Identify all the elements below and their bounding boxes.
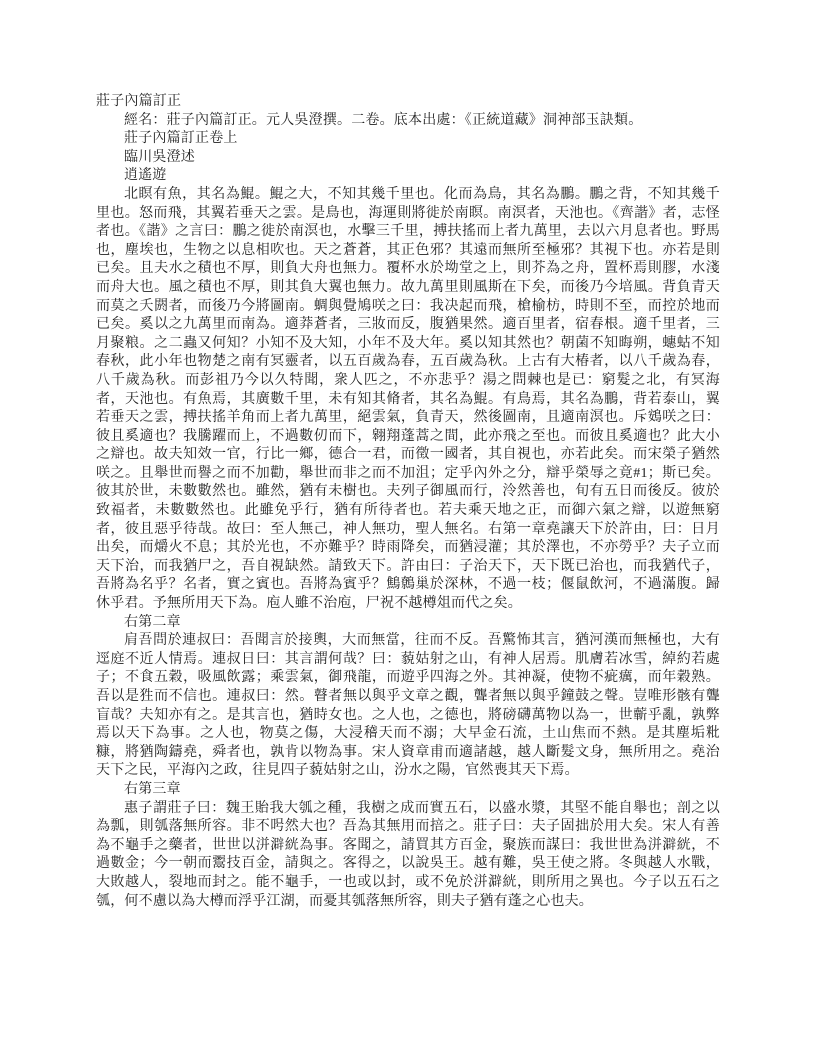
paragraph-chapter-title: 逍遙遊 [96, 167, 720, 186]
paragraph-chapter2-marker: 右第二章 [96, 614, 720, 633]
text-body: 莊子內篇訂正 經名：莊子內篇訂正。元人吳澄撰。二卷。底本出處：《正統道藏》洞神部… [96, 93, 720, 911]
paragraph-section-2: 肩吾問於連叔曰：吾聞言於接輿，大而無當，往而不反。吾驚怖其言，猶河漢而無極也，大… [96, 632, 720, 781]
paragraph-section-3: 惠子謂莊子曰：魏王貽我大瓠之種，我樹之成而實五石，以盛水漿，其堅不能自舉也；剖之… [96, 800, 720, 912]
doc-title: 莊子內篇訂正 [96, 93, 720, 112]
paragraph-chapter3-marker: 右第三章 [96, 781, 720, 800]
paragraph-volume-heading: 莊子內篇訂正卷上 [96, 130, 720, 149]
paragraph-author: 臨川吳澄述 [96, 149, 720, 168]
document-page: 莊子內篇訂正 經名：莊子內篇訂正。元人吳澄撰。二卷。底本出處：《正統道藏》洞神部… [0, 0, 816, 1056]
paragraph-colophon: 經名：莊子內篇訂正。元人吳澄撰。二卷。底本出處：《正統道藏》洞神部玉訣類。 [96, 112, 720, 131]
paragraph-section-1: 北瞑有魚，其名為鯤。鯤之大，不知其幾千里也。化而為鳥，其名為鵬。鵬之背，不知其幾… [96, 186, 720, 614]
